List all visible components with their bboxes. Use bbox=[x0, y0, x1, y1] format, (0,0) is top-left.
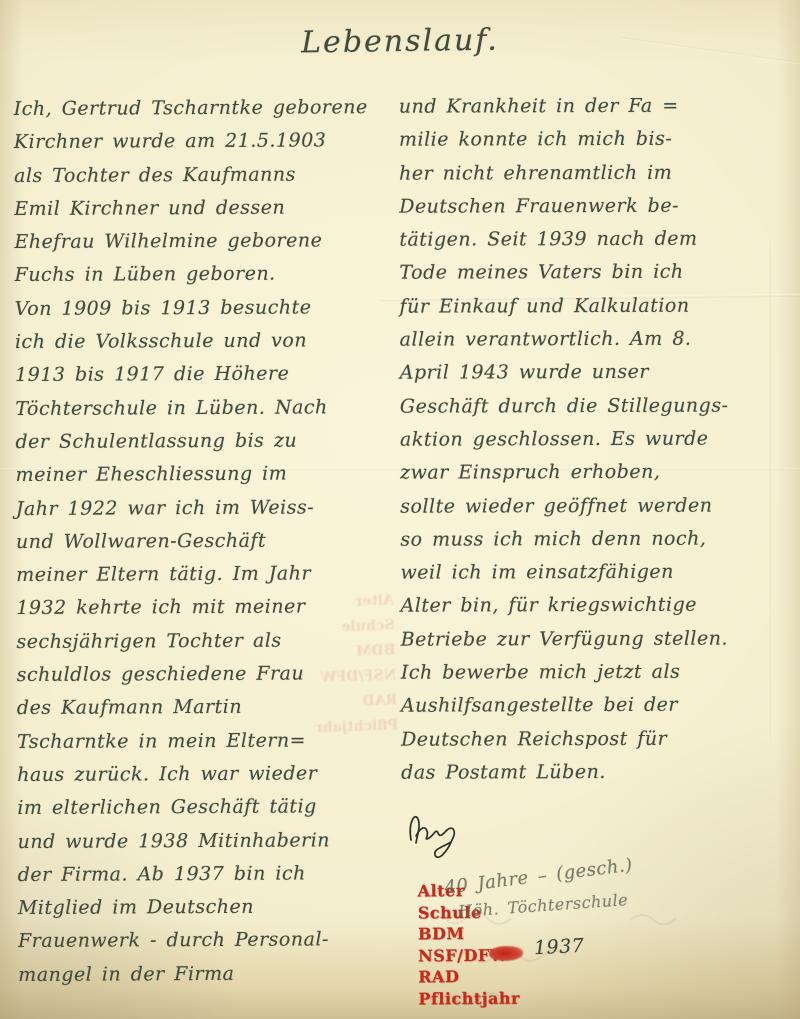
right-text-column: und Krankheit in der Fa = milie konnte i… bbox=[399, 89, 793, 790]
handwritten-line: Deutschen Frauenwerk be- bbox=[399, 189, 791, 224]
handwritten-line: meiner Eltern tätig. Im Jahr bbox=[16, 557, 394, 592]
handwritten-line: milie konnte ich mich bis- bbox=[399, 123, 791, 158]
handwritten-line: Aushilfsangestellte bei der bbox=[401, 689, 793, 724]
stamp-ink-smudge bbox=[489, 946, 523, 961]
handwritten-line: April 1943 wurde unser bbox=[400, 356, 792, 391]
handwritten-line: für Einkauf und Kalkulation bbox=[399, 289, 791, 324]
handwritten-line: so muss ich mich denn noch, bbox=[400, 522, 792, 557]
handwritten-line: der Schulentlassung bis zu bbox=[15, 424, 393, 459]
handwritten-line: haus zurück. Ich war wieder bbox=[17, 757, 395, 792]
handwritten-line: schuldlos geschiedene Frau bbox=[17, 657, 395, 692]
handwritten-line: Fuchs in Lüben geboren. bbox=[15, 257, 393, 292]
handwritten-line: Alter bin, für kriegswichtige bbox=[401, 589, 793, 624]
stamp-label-bdm: BDM bbox=[418, 923, 520, 945]
handwritten-line: Mitglied im Deutschen bbox=[18, 890, 396, 925]
handwritten-line: 1913 bis 1917 die Höhere bbox=[15, 357, 393, 392]
handwritten-line: ich die Volksschule und von bbox=[15, 324, 393, 359]
handwritten-line: des Kaufmann Martin bbox=[17, 690, 395, 725]
handwritten-line: Deutschen Reichspost für bbox=[401, 722, 793, 757]
handwritten-line: Betriebe zur Verfügung stellen. bbox=[401, 622, 793, 657]
handwritten-line: Ehefrau Wilhelmine geborene bbox=[14, 224, 392, 259]
handwritten-line: mangel in der Firma bbox=[18, 957, 396, 992]
handwritten-line: Ich, Gertrud Tscharntke geborene bbox=[14, 91, 392, 126]
handwritten-line: zwar Einspruch erhoben, bbox=[400, 456, 792, 491]
handwritten-line: Kirchner wurde am 21.5.1903 bbox=[14, 124, 392, 159]
handwritten-line: tätigen. Seit 1939 nach dem bbox=[399, 223, 791, 258]
annotation-nsf-dfw-year: 1937 bbox=[533, 935, 584, 960]
handwritten-line: Frauenwerk - durch Personal- bbox=[18, 923, 396, 958]
handwritten-line: aktion geschlossen. Es wurde bbox=[400, 422, 792, 457]
handwritten-line: der Firma. Ab 1937 bin ich bbox=[18, 857, 396, 892]
handwritten-line: Tode meines Vaters bin ich bbox=[399, 256, 791, 291]
handwritten-line: sollte wieder geöffnet werden bbox=[400, 489, 792, 524]
handwritten-line: Tscharntke in mein Eltern= bbox=[17, 724, 395, 759]
handwritten-line: weil ich im einsatzfähigen bbox=[400, 555, 792, 590]
handwritten-line: allein verantwortlich. Am 8. bbox=[400, 322, 792, 357]
handwritten-line: her nicht ehrenamtlich im bbox=[399, 156, 791, 191]
handwritten-line: und Krankheit in der Fa = bbox=[399, 89, 791, 124]
stamp-label-pflichtjahr: Pflichtjahr bbox=[418, 987, 520, 1009]
signature-paraph bbox=[404, 806, 476, 876]
handwritten-line: als Tochter des Kaufmanns bbox=[14, 158, 392, 193]
handwritten-line: 1932 kehrte ich mit meiner bbox=[16, 590, 394, 625]
handwritten-line: Von 1909 bis 1913 besuchte bbox=[15, 291, 393, 326]
left-text-column: Ich, Gertrud Tscharntke geborene Kirchne… bbox=[14, 91, 397, 992]
handwritten-line: Jahr 1922 war ich im Weiss- bbox=[16, 491, 394, 526]
handwritten-line: sechsjährigen Tochter als bbox=[16, 624, 394, 659]
handwritten-line: das Postamt Lüben. bbox=[401, 755, 793, 790]
handwritten-line: Ich bewerbe mich jetzt als bbox=[401, 655, 793, 690]
handwritten-line: Emil Kirchner und dessen bbox=[14, 191, 392, 226]
handwritten-line: und wurde 1938 Mitinhaberin bbox=[17, 824, 395, 859]
handwritten-line: und Wollwaren-Geschäft bbox=[16, 524, 394, 559]
handwritten-line: Töchterschule in Lüben. Nach bbox=[15, 391, 393, 426]
handwritten-line: im elterlichen Geschäft tätig bbox=[17, 790, 395, 825]
stamp-label-rad: RAD bbox=[418, 966, 520, 988]
handwritten-line: meiner Eheschliessung im bbox=[16, 457, 394, 492]
handwritten-line: Geschäft durch die Stillegungs- bbox=[400, 389, 792, 424]
